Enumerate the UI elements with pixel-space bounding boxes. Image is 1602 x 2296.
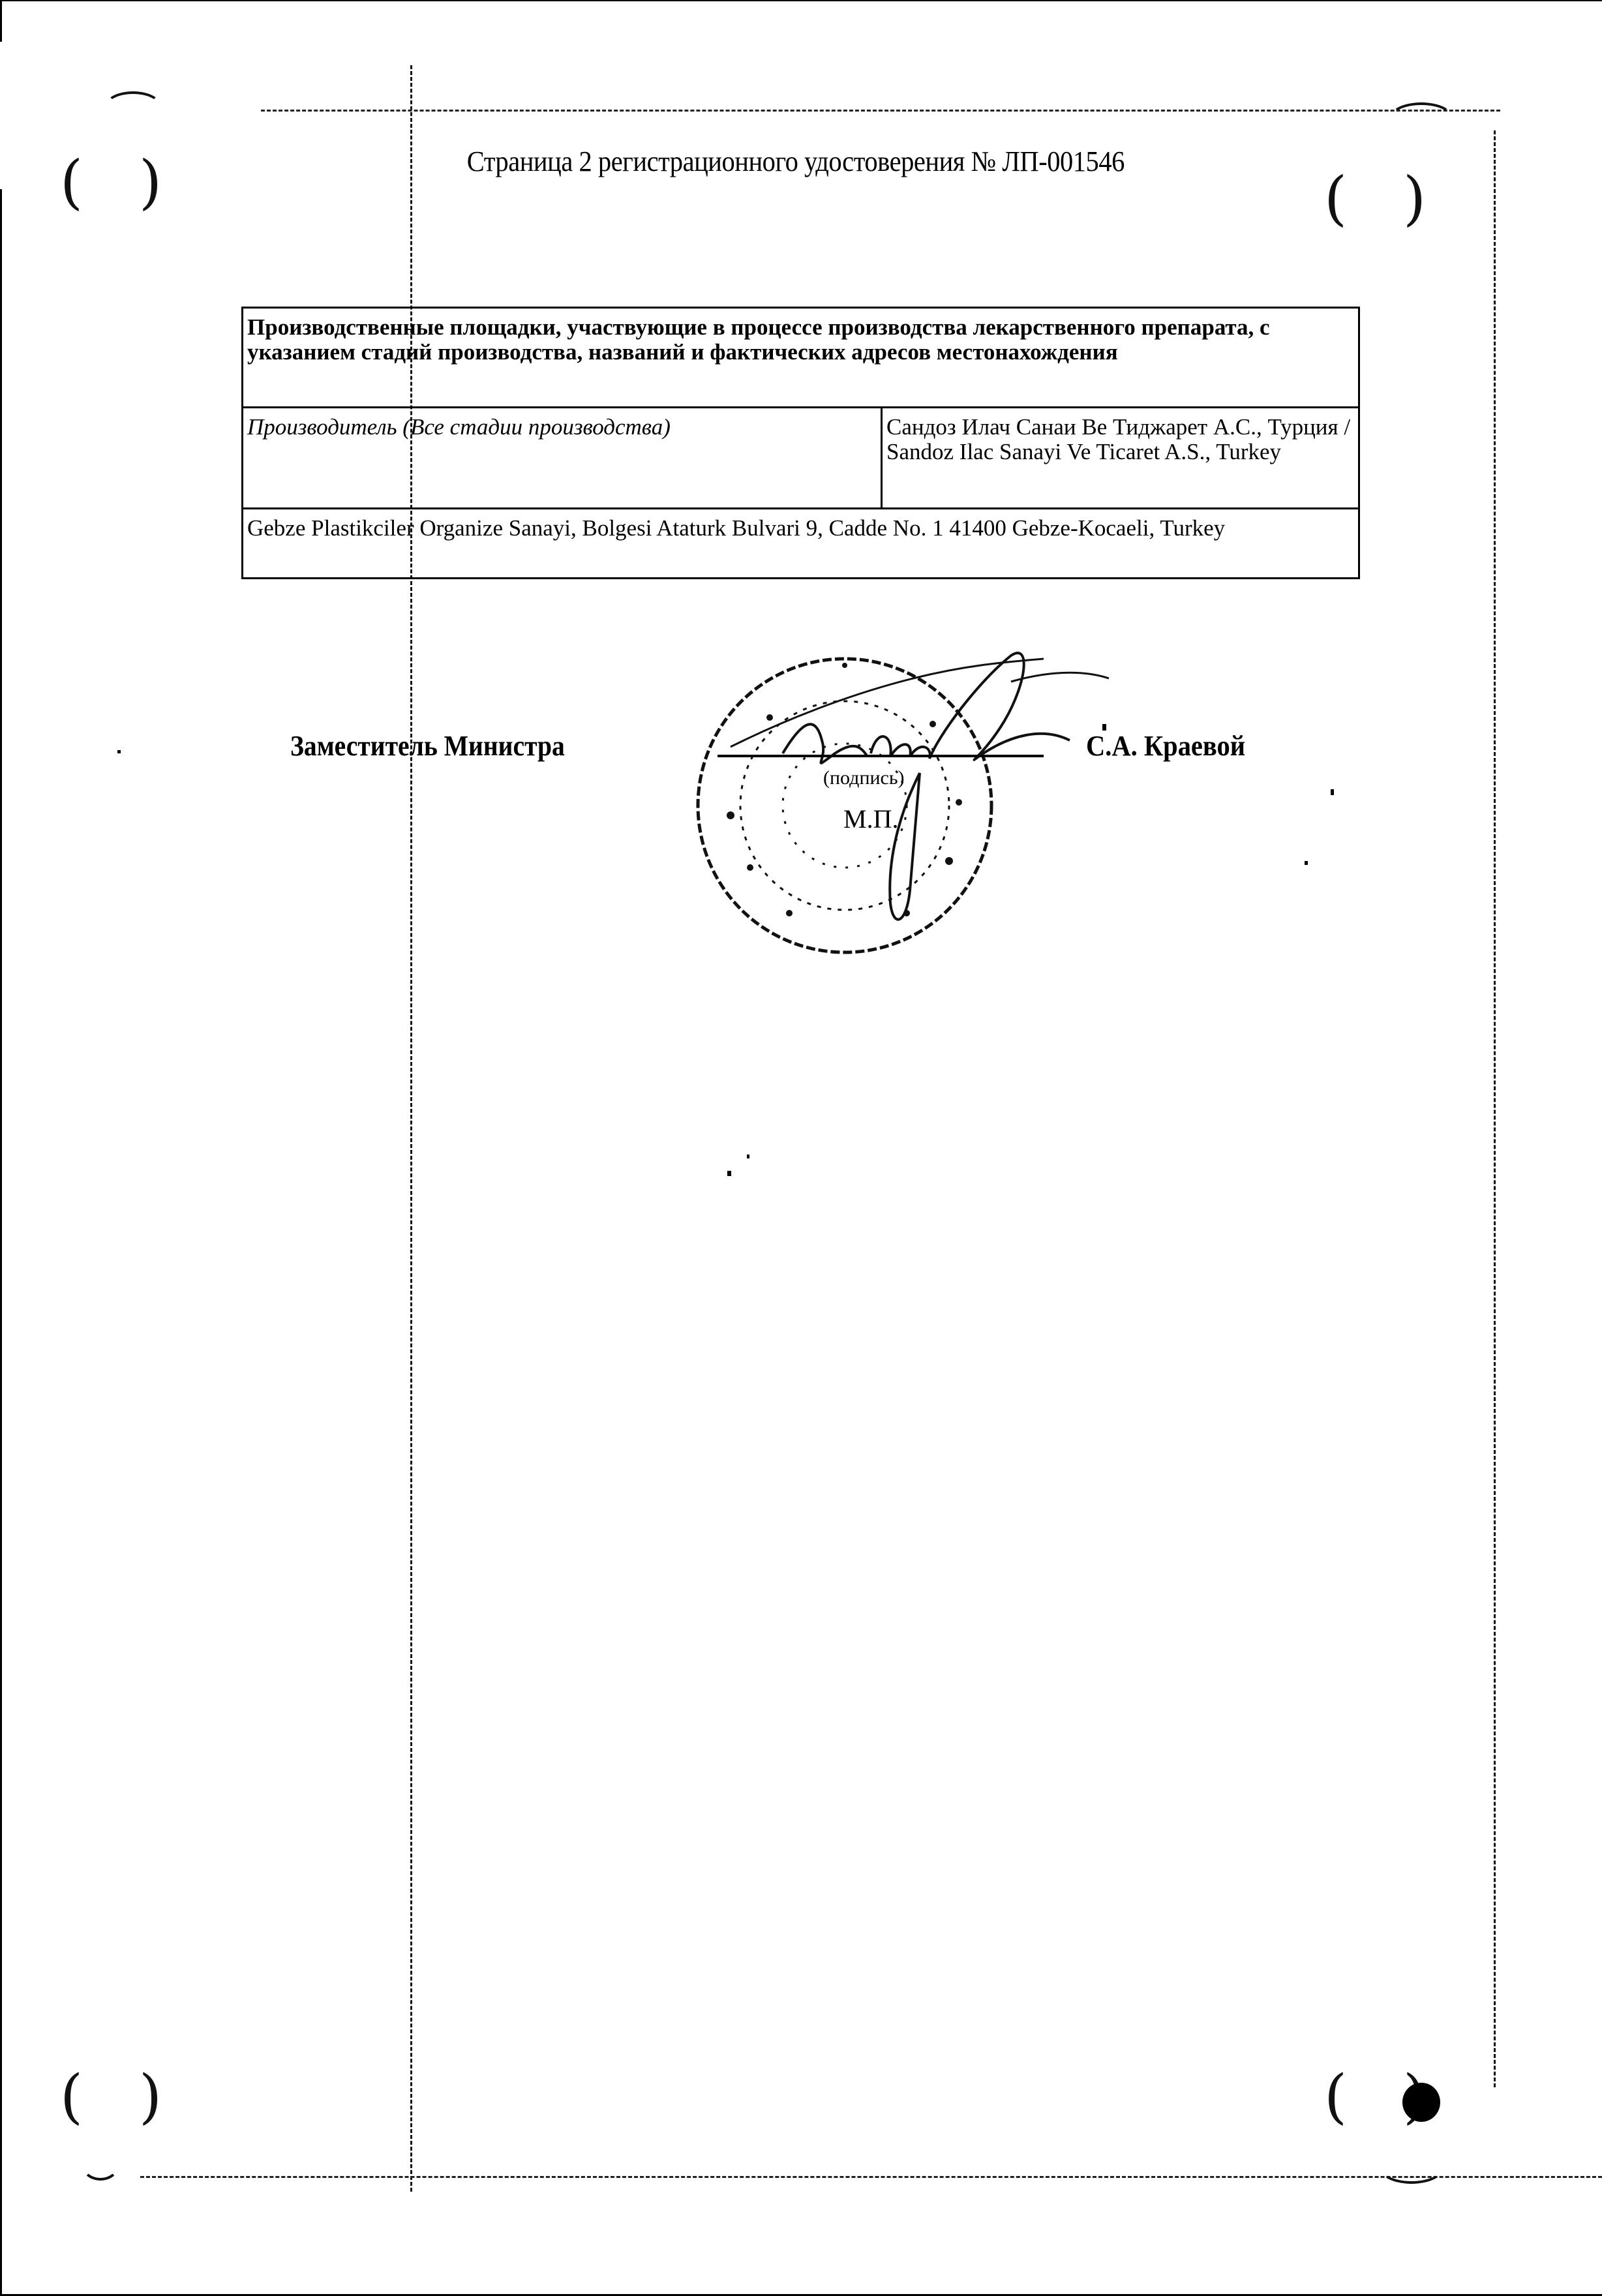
corner-arc-top-right: [1389, 102, 1453, 134]
scan-edge-left-lower: [0, 189, 2, 2296]
table-row: Производитель (Все стадии производства) …: [243, 408, 1358, 509]
fold-line-top: [261, 110, 1500, 112]
table-header-text: Производственные площадки, участвующие в…: [243, 309, 1358, 371]
signatory-position: Заместитель Министра: [290, 729, 565, 763]
fold-line-bottom: [140, 2176, 1602, 2178]
corner-arc-top-left: [104, 91, 162, 123]
manufacturing-sites-table: Производственные площадки, участвующие в…: [241, 307, 1360, 579]
table-header-row: Производственные площадки, участвующие в…: [243, 309, 1358, 408]
corner-mark-top-left: ( ): [60, 153, 162, 212]
signature-line: [718, 755, 1044, 757]
scan-speck: [117, 750, 121, 753]
scan-speck: [1305, 861, 1308, 865]
table-address-row: Gebze Plastikciler Organize Sanayi, Bolg…: [243, 509, 1358, 579]
signature-caption: (подпись): [823, 767, 905, 789]
corner-mark-top-right: ( ): [1324, 170, 1426, 228]
corner-arc-bottom-left: [82, 2149, 119, 2181]
corner-mark-bottom-left: ( ): [60, 2068, 162, 2126]
page-title: Страница 2 регистрационного удостоверени…: [457, 145, 1135, 178]
fold-line-right: [1494, 130, 1496, 2087]
scan-speck: [1102, 724, 1106, 731]
manufacturer-role-text: Производитель (Все стадии производства): [243, 408, 881, 446]
scan-speck: [727, 1171, 731, 1176]
manufacturer-role-cell: Производитель (Все стадии производства): [243, 408, 883, 507]
punch-hole-mark: [1402, 2083, 1440, 2122]
stamp-place-label: М.П.: [843, 804, 898, 834]
corner-arc-bottom-right: [1380, 2152, 1443, 2184]
manufacturer-company-cell: Сандоз Илач Санаи Ве Тиджарет А.С., Турц…: [883, 408, 1358, 507]
signatory-name: С.А. Краевой: [1086, 729, 1245, 763]
scan-speck: [1331, 789, 1334, 795]
scan-edge-top: [0, 0, 1602, 1]
manufacturer-company-text: Сандоз Илач Санаи Ве Тиджарет А.С., Турц…: [883, 408, 1358, 471]
manufacturer-address-text: Gebze Plastikciler Organize Sanayi, Bolg…: [243, 509, 1358, 547]
scan-speck: [747, 1155, 749, 1158]
handwritten-signature-icon: [704, 642, 1122, 943]
scan-edge-left: [0, 0, 2, 42]
